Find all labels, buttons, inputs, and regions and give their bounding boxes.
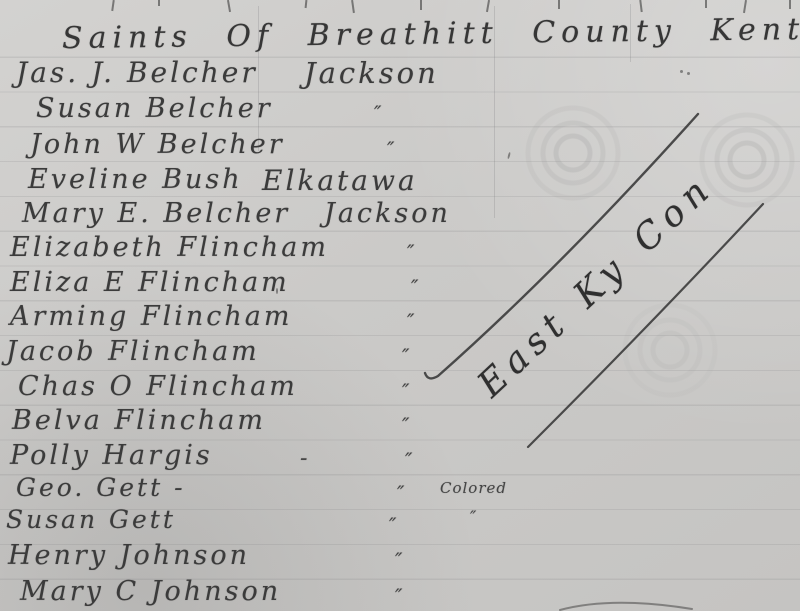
table-row: Geo. Gett - ″ Colored [0,473,800,509]
residence: Elkatawa [262,164,418,197]
member-name: Belva Flincham [12,405,266,436]
residence-ditto: ″ [411,275,420,299]
race-note-ditto: ″ [470,508,477,528]
residence-ditto: ″ [395,548,404,572]
residence-ditto: ″ [402,413,411,437]
member-name: Jacob Flincham [6,336,260,367]
residence-ditto: ″ [407,240,416,264]
table-row: Arming Flincham ″ [0,301,800,337]
member-name: Eliza E Flincham [10,267,290,298]
table-row: Chas O Flincham ″ [0,371,800,407]
table-row: Mary C Johnson ″ [0,576,800,611]
residence-ditto: ″ [387,137,396,161]
residence-ditto: ″ [397,481,406,505]
pen-dash-mark: - [300,446,310,471]
table-row: Henry Johnson ″ [0,540,800,576]
table-row: Belva Flincham ″ [0,405,800,441]
table-row: Jas. J. Belcher Jackson [0,56,800,92]
member-name: Susan Gett [6,505,176,534]
member-name: Arming Flincham [10,301,293,332]
table-row: Elizabeth Flincham ″ [0,232,800,268]
table-row: Polly Hargis - ″ [0,440,800,476]
table-row: Susan Belcher ″ [0,93,800,129]
member-name: Eveline Bush [28,164,243,195]
member-name: Chas O Flincham [18,371,298,402]
residence: Jackson [304,56,439,90]
member-name: Elizabeth Flincham [10,232,329,263]
page-title: Saints Of Breathitt County Kentucky [62,11,800,56]
table-row: Eliza E Flincham ″ [0,267,800,303]
scanned-ledger-page: Saints Of Breathitt County Kentucky Jas.… [0,0,800,611]
residence-ditto: ″ [374,101,383,125]
race-note: Colored [440,479,507,497]
table-row: Susan Gett ″ ″ [0,505,800,541]
table-row: Jacob Flincham ″ [0,336,800,372]
residence-ditto: ″ [402,344,411,368]
member-name: Mary E. Belcher [22,198,290,229]
residence: Jackson [324,198,451,229]
table-row: John W Belcher ″ [0,129,800,165]
member-name: John W Belcher [30,129,285,160]
member-name: Mary C Johnson [20,576,281,607]
member-name: Susan Belcher [36,93,273,124]
residence-ditto: ″ [407,309,416,333]
residence-ditto: ″ [395,584,404,608]
residence-ditto: ″ [389,513,398,537]
residence-ditto: ″ [402,379,411,403]
member-name: Geo. Gett - [16,473,186,502]
member-name: Henry Johnson [8,540,250,571]
member-name: Jas. J. Belcher [16,56,258,89]
residence-ditto: ″ [405,448,414,472]
member-name: Polly Hargis [10,440,213,471]
